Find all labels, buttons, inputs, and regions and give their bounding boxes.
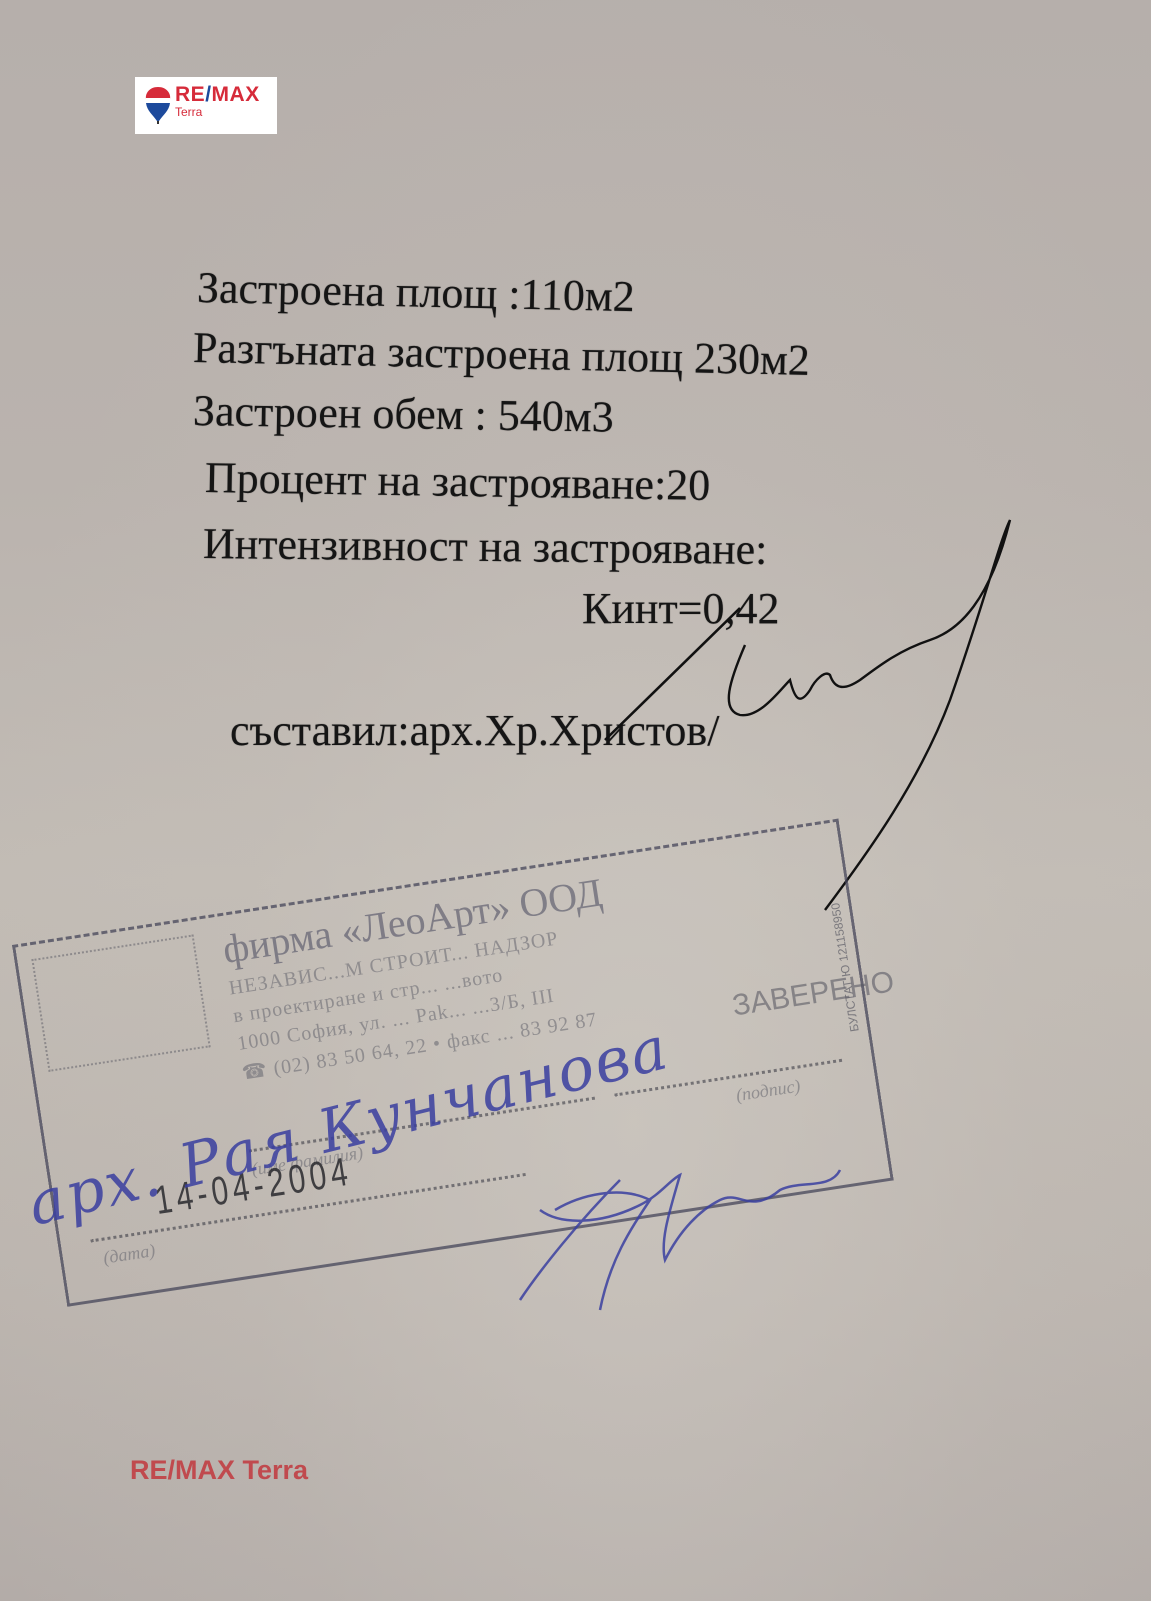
author-line: съставил:арх.Хр.Христов/: [230, 705, 719, 756]
balloon-icon: [143, 85, 173, 125]
paper-shading: [0, 0, 1151, 1601]
build-intensity-line: Интензивност на застрояване:: [203, 518, 768, 575]
expanded-built-area-line: Разгъната застроена площ 230м2: [192, 322, 810, 386]
company-stamp: фирма «ЛеоАрт» ООД НЕЗАВИС...М СТРОИТ...…: [12, 819, 894, 1307]
intensity-coefficient: Кинт=0,42: [582, 583, 779, 634]
stamp-certified-label: ЗАВЕРЕНО: [730, 965, 896, 1023]
footer-watermark: RE/MAX Terra: [130, 1455, 308, 1486]
logo-brand: RE/MAX: [175, 83, 260, 107]
built-volume-line: Застроен обем : 540м3: [193, 385, 614, 443]
built-area-line: Застроена площ :110м2: [196, 262, 635, 322]
stamp-inner-box: [31, 934, 210, 1071]
build-percentage-line: Процент на застрояване:20: [205, 452, 711, 511]
remax-logo: RE/MAX Terra: [135, 77, 277, 134]
logo-subtitle: Terra: [175, 105, 202, 119]
stamp-bulstat: БУЛСТАТ Ю 121158950: [828, 902, 862, 1033]
architect-signature-icon: [0, 0, 1151, 1601]
date-label: (дата): [102, 1240, 157, 1269]
stamp-signature-icon: [0, 0, 1151, 1601]
sign-label: (подпис): [735, 1076, 802, 1107]
